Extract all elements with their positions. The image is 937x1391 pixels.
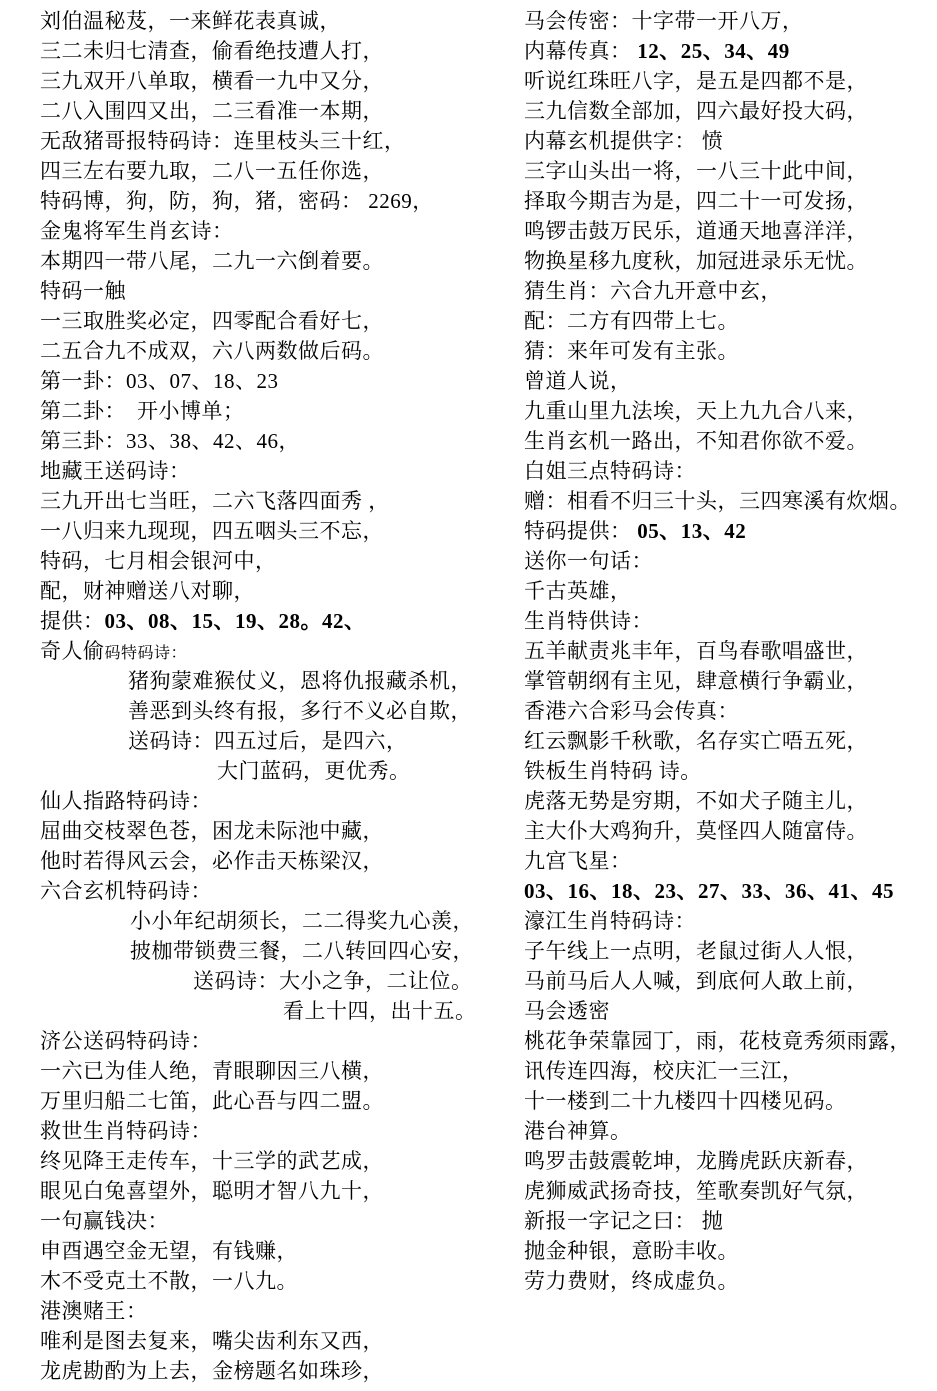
text-run: 香港六合彩马会传真： <box>524 699 739 723</box>
text-line: 三九开出七当旺，二六飞落四面秀 ， <box>40 486 500 516</box>
text-run: 三九开出七当旺，二六飞落四面秀 ， <box>40 489 390 513</box>
text-line: 掌管朝纲有主见，肆意横行争霸业， <box>524 666 929 696</box>
text-line: 特码提供： 05、13、42 <box>524 516 929 546</box>
text-run: 掌管朝纲有主见，肆意横行争霸业， <box>524 669 868 693</box>
text-line: 十一楼到二十九楼四十四楼见码。 <box>524 1086 929 1116</box>
text-line: 物换星移九度秋，加冠进录乐无忧。 <box>524 246 929 276</box>
text-line: 送你一句话： <box>524 546 929 576</box>
text-run: 看上十四，出十五。 <box>283 999 477 1023</box>
text-line: 刘伯温秘芨，一来鲜花表真诚， <box>40 6 500 36</box>
text-run: 二五合九不成双，六八两数做后码。 <box>40 339 384 363</box>
text-line: 特码，七月相会银河中， <box>40 546 500 576</box>
text-line: 马会传密：十字带一开八万， <box>524 6 929 36</box>
text-run: 一三取胜奖必定，四零配合看好七， <box>40 309 384 333</box>
text-line: 特码一触 <box>40 276 500 306</box>
text-line: 千古英雄， <box>524 576 929 606</box>
text-line: 申酉遇空金无望，有钱赚， <box>40 1236 500 1266</box>
text-line: 马会透密 <box>524 996 929 1026</box>
text-run: 猜：来年可发有主张。 <box>524 339 739 363</box>
text-line: 港澳赌王： <box>40 1296 500 1326</box>
text-run: 三二未归七清查，偷看绝技遭人打， <box>40 39 384 63</box>
text-line: 配，财神赠送八对聊， <box>40 576 500 606</box>
text-line: 讯传连四海，校庆汇一三江， <box>524 1056 929 1086</box>
text-line: 一句赢钱决： <box>40 1206 500 1236</box>
text-line: 红云飘影千秋歌，名存实亡唔五死， <box>524 726 929 756</box>
text-line: 救世生肖特码诗： <box>40 1116 500 1146</box>
text-run: 濠江生肖特码诗： <box>524 909 696 933</box>
text-run: 六合玄机特码诗： <box>40 879 212 903</box>
text-line: 猪狗蒙难猴仗义，恩将仇报藏杀机， <box>40 666 500 696</box>
text-run: 择取今期吉为是，四二十一可发扬， <box>524 189 868 213</box>
text-run: 主大仆大鸡狗升，莫怪四人随富侍。 <box>524 819 868 843</box>
text-line: 唯利是图去复来，嘴尖齿利东又西， <box>40 1326 500 1356</box>
text-run: 生肖玄机一路出，不知君你欲不爱。 <box>524 429 868 453</box>
text-line: 白姐三点特码诗： <box>524 456 929 486</box>
text-run: 唯利是图去复来，嘴尖齿利东又西， <box>40 1329 384 1353</box>
right-column: 马会传密：十字带一开八万，内幕传真： 12、25、34、49听说红珠旺八字，是五… <box>524 6 929 1296</box>
text-run: 一八归来九现现，四五咽头三不忘， <box>40 519 384 543</box>
text-run: 千古英雄， <box>524 579 632 603</box>
text-run: 送你一句话： <box>524 549 653 573</box>
text-line: 龙虎勘酌为上去，金榜题名如珠珍， <box>40 1356 500 1386</box>
left-column: 刘伯温秘芨，一来鲜花表真诚，三二未归七清查，偷看绝技遭人打，三九双开八单取，横看… <box>40 6 500 1386</box>
text-line: 马前马后人人喊，到底何人敢上前， <box>524 966 929 996</box>
text-line: 善恶到头终有报，多行不义必自欺， <box>40 696 500 726</box>
text-run: 特码一触 <box>40 279 126 303</box>
text-run: 码特码诗： <box>105 645 188 662</box>
text-line: 第一卦：03、07、18、23 <box>40 366 500 396</box>
text-run: 三字山头出一将，一八三十此中间， <box>524 159 868 183</box>
text-run: 第二卦： 开小博单； <box>40 399 245 423</box>
text-line: 小小年纪胡须长，二二得奖九心羡， <box>40 906 500 936</box>
text-run: 大门蓝码，更优秀。 <box>217 759 411 783</box>
text-line: 济公送码特码诗： <box>40 1026 500 1056</box>
text-run: 一六已为佳人绝，青眼聊因三八横， <box>40 1059 384 1083</box>
text-run: 内幕玄机提供字： 愤 <box>524 129 723 153</box>
text-run: 配：二方有四带上七。 <box>524 309 739 333</box>
text-run: 屈曲交枝翠色苍，困龙未际池中藏， <box>40 819 384 843</box>
text-line: 地藏王送码诗： <box>40 456 500 486</box>
text-line: 屈曲交枝翠色苍，困龙未际池中藏， <box>40 816 500 846</box>
text-line: 港台神算。 <box>524 1116 929 1146</box>
text-run: 桃花争荣靠园丁，雨，花枝竟秀须雨露， <box>524 1029 911 1053</box>
text-run: 金鬼将军生肖玄诗： <box>40 219 234 243</box>
text-line: 猜：来年可发有主张。 <box>524 336 929 366</box>
text-run: 猜生肖：六合九开意中玄， <box>524 279 782 303</box>
text-run: 红云飘影千秋歌，名存实亡唔五死， <box>524 729 868 753</box>
text-run: 听说红珠旺八字，是五是四都不是， <box>524 69 868 93</box>
text-line: 大门蓝码，更优秀。 <box>40 756 500 786</box>
text-run: 龙虎勘酌为上去，金榜题名如珠珍， <box>40 1359 384 1383</box>
text-line: 劳力费财，终成虚负。 <box>524 1266 929 1296</box>
text-line: 本期四一带八尾，二九一六倒着要。 <box>40 246 500 276</box>
text-run: 新报一字记之曰： 抛 <box>524 1209 723 1233</box>
text-run: 一句赢钱决： <box>40 1209 169 1233</box>
text-run: 五羊献责兆丰年，百鸟春歌唱盛世， <box>524 639 868 663</box>
text-run: 本期四一带八尾，二九一六倒着要。 <box>40 249 384 273</box>
text-run: 特码，七月相会银河中， <box>40 549 277 573</box>
text-line: 抛金种银，意盼丰收。 <box>524 1236 929 1266</box>
text-run: 鸣锣击鼓万民乐，道通天地喜洋洋， <box>524 219 868 243</box>
text-run: 十一楼到二十九楼四十四楼见码。 <box>524 1089 847 1113</box>
text-line: 择取今期吉为是，四二十一可发扬， <box>524 186 929 216</box>
text-line: 送码诗：大小之争，二让位。 <box>40 966 500 996</box>
text-run: 九宫飞星： <box>524 849 632 873</box>
text-run: 内幕传真： <box>524 39 637 63</box>
text-line: 第三卦：33、38、42、46， <box>40 426 500 456</box>
text-line: 看上十四，出十五。 <box>40 996 500 1026</box>
text-run: 12、25、34、49 <box>637 39 790 63</box>
text-line: 新报一字记之曰： 抛 <box>524 1206 929 1236</box>
lottery-tip-sheet-page: 刘伯温秘芨，一来鲜花表真诚，三二未归七清查，偷看绝技遭人打，三九双开八单取，横看… <box>0 0 937 1391</box>
text-run: 马会传密：十字带一开八万， <box>524 9 804 33</box>
text-line: 他时若得风云会，必作击天栋梁汉， <box>40 846 500 876</box>
text-line: 一三取胜奖必定，四零配合看好七， <box>40 306 500 336</box>
text-line: 子午线上一点明，老鼠过街人人恨， <box>524 936 929 966</box>
text-line: 生肖特供诗： <box>524 606 929 636</box>
text-run: 抛金种银，意盼丰收。 <box>524 1239 739 1263</box>
text-run: 猪狗蒙难猴仗义，恩将仇报藏杀机， <box>128 669 472 693</box>
text-run: 申酉遇空金无望，有钱赚， <box>40 1239 298 1263</box>
text-run: 小小年纪胡须长，二二得奖九心羡， <box>130 909 474 933</box>
text-run: 善恶到头终有报，多行不义必自欺， <box>128 699 472 723</box>
text-line: 虎落无势是穷期，不如犬子随主儿， <box>524 786 929 816</box>
text-run: 05、13、42 <box>637 519 746 543</box>
text-line: 四三左右要九取，二八一五任你选， <box>40 156 500 186</box>
text-run: 特码博，狗，防，狗，猪，密码： 2269， <box>40 189 434 213</box>
text-line: 金鬼将军生肖玄诗： <box>40 216 500 246</box>
text-line: 六合玄机特码诗： <box>40 876 500 906</box>
text-line: 内幕传真： 12、25、34、49 <box>524 36 929 66</box>
text-line: 二五合九不成双，六八两数做后码。 <box>40 336 500 366</box>
text-run: 三九信数全部加，四六最好投大码， <box>524 99 868 123</box>
text-run: 曾道人说， <box>524 369 632 393</box>
text-run: 无敌猪哥报特码诗：连里枝头三十红， <box>40 129 406 153</box>
text-line: 生肖玄机一路出，不知君你欲不爱。 <box>524 426 929 456</box>
text-line: 终见降王走传车，十三学的武艺成， <box>40 1146 500 1176</box>
text-run: 眼见白兔喜望外，聪明才智八九十， <box>40 1179 384 1203</box>
text-run: 送码诗：四五过后，是四六， <box>128 729 408 753</box>
text-line: 眼见白兔喜望外，聪明才智八九十， <box>40 1176 500 1206</box>
text-line: 九宫飞星： <box>524 846 929 876</box>
text-line: 桃花争荣靠园丁，雨，花枝竟秀须雨露， <box>524 1026 929 1056</box>
text-line: 三九信数全部加，四六最好投大码， <box>524 96 929 126</box>
text-run: 地藏王送码诗： <box>40 459 191 483</box>
text-run: 马会透密 <box>524 999 610 1023</box>
text-line: 内幕玄机提供字： 愤 <box>524 126 929 156</box>
text-line: 二八入围四又出，二三看准一本期， <box>40 96 500 126</box>
text-run: 二八入围四又出，二三看准一本期， <box>40 99 384 123</box>
text-run: 03、16、18、23、27、33、36、41、45 <box>524 879 894 903</box>
text-line: 九重山里九法埃，天上九九合八来， <box>524 396 929 426</box>
text-line: 五羊献责兆丰年，百鸟春歌唱盛世， <box>524 636 929 666</box>
text-line: 一六已为佳人绝，青眼聊因三八横， <box>40 1056 500 1086</box>
text-line: 仙人指路特码诗： <box>40 786 500 816</box>
text-line: 无敌猪哥报特码诗：连里枝头三十红， <box>40 126 500 156</box>
text-line: 曾道人说， <box>524 366 929 396</box>
text-line: 特码博，狗，防，狗，猪，密码： 2269， <box>40 186 500 216</box>
text-line: 三字山头出一将，一八三十此中间， <box>524 156 929 186</box>
text-line: 奇人偷码特码诗： <box>40 636 500 666</box>
text-run: 四三左右要九取，二八一五任你选， <box>40 159 384 183</box>
text-run: 白姐三点特码诗： <box>524 459 696 483</box>
text-line: 鸣锣击鼓万民乐，道通天地喜洋洋， <box>524 216 929 246</box>
text-line: 虎狮威武扬奇技，笙歌奏凯好气氛， <box>524 1176 929 1206</box>
text-run: 港台神算。 <box>524 1119 632 1143</box>
text-run: 生肖特供诗： <box>524 609 653 633</box>
text-run: 配，财神赠送八对聊， <box>40 579 255 603</box>
text-line: 鸣罗击鼓震乾坤，龙腾虎跃庆新春， <box>524 1146 929 1176</box>
text-run: 万里归船二七笛，此心吾与四二盟。 <box>40 1089 384 1113</box>
text-line: 送码诗：四五过后，是四六， <box>40 726 500 756</box>
text-line: 提供：03、08、15、19、28。42、 <box>40 606 500 636</box>
text-run: 鸣罗击鼓震乾坤，龙腾虎跃庆新春， <box>524 1149 868 1173</box>
text-run: 仙人指路特码诗： <box>40 789 212 813</box>
text-run: 奇人偷 <box>40 639 105 663</box>
text-run: 子午线上一点明，老鼠过街人人恨， <box>524 939 868 963</box>
text-line: 铁板生肖特码 诗。 <box>524 756 929 786</box>
text-run: 讯传连四海，校庆汇一三江， <box>524 1059 804 1083</box>
text-run: 铁板生肖特码 诗。 <box>524 759 702 783</box>
text-run: 劳力费财，终成虚负。 <box>524 1269 739 1293</box>
text-run: 他时若得风云会，必作击天栋梁汉， <box>40 849 384 873</box>
text-run: 马前马后人人喊，到底何人敢上前， <box>524 969 868 993</box>
text-run: 港澳赌王： <box>40 1299 148 1323</box>
text-run: 第一卦：03、07、18、23 <box>40 369 279 393</box>
text-run: 九重山里九法埃，天上九九合八来， <box>524 399 868 423</box>
text-line: 三二未归七清查，偷看绝技遭人打， <box>40 36 500 66</box>
text-line: 三九双开八单取，横看一九中又分， <box>40 66 500 96</box>
text-line: 主大仆大鸡狗升，莫怪四人随富侍。 <box>524 816 929 846</box>
text-run: 送码诗：大小之争，二让位。 <box>193 969 473 993</box>
text-run: 救世生肖特码诗： <box>40 1119 212 1143</box>
text-run: 虎狮威武扬奇技，笙歌奏凯好气氛， <box>524 1179 868 1203</box>
text-line: 赠：相看不归三十头，三四寒溪有炊烟。 <box>524 486 929 516</box>
text-line: 听说红珠旺八字，是五是四都不是， <box>524 66 929 96</box>
text-run: 提供： <box>40 609 105 633</box>
text-run: 三九双开八单取，横看一九中又分， <box>40 69 384 93</box>
text-line: 一八归来九现现，四五咽头三不忘， <box>40 516 500 546</box>
text-line: 香港六合彩马会传真： <box>524 696 929 726</box>
text-run: 济公送码特码诗： <box>40 1029 212 1053</box>
text-line: 濠江生肖特码诗： <box>524 906 929 936</box>
text-run: 物换星移九度秋，加冠进录乐无忧。 <box>524 249 868 273</box>
text-line: 03、16、18、23、27、33、36、41、45 <box>524 876 929 906</box>
text-line: 配：二方有四带上七。 <box>524 306 929 336</box>
text-run: 第三卦：33、38、42、46， <box>40 429 300 453</box>
text-line: 第二卦： 开小博单； <box>40 396 500 426</box>
text-run: 03、08、15、19、28。42、 <box>105 609 366 633</box>
text-line: 木不受克土不散，一八九。 <box>40 1266 500 1296</box>
text-run: 披枷带锁费三餐，二八转回四心安， <box>130 939 474 963</box>
text-run: 刘伯温秘芨，一来鲜花表真诚， <box>40 9 341 33</box>
text-run: 木不受克土不散，一八九。 <box>40 1269 298 1293</box>
text-run: 特码提供： <box>524 519 637 543</box>
text-line: 猜生肖：六合九开意中玄， <box>524 276 929 306</box>
text-line: 披枷带锁费三餐，二八转回四心安， <box>40 936 500 966</box>
text-run: 终见降王走传车，十三学的武艺成， <box>40 1149 384 1173</box>
text-run: 赠：相看不归三十头，三四寒溪有炊烟。 <box>524 489 911 513</box>
text-run: 虎落无势是穷期，不如犬子随主儿， <box>524 789 868 813</box>
text-line: 万里归船二七笛，此心吾与四二盟。 <box>40 1086 500 1116</box>
